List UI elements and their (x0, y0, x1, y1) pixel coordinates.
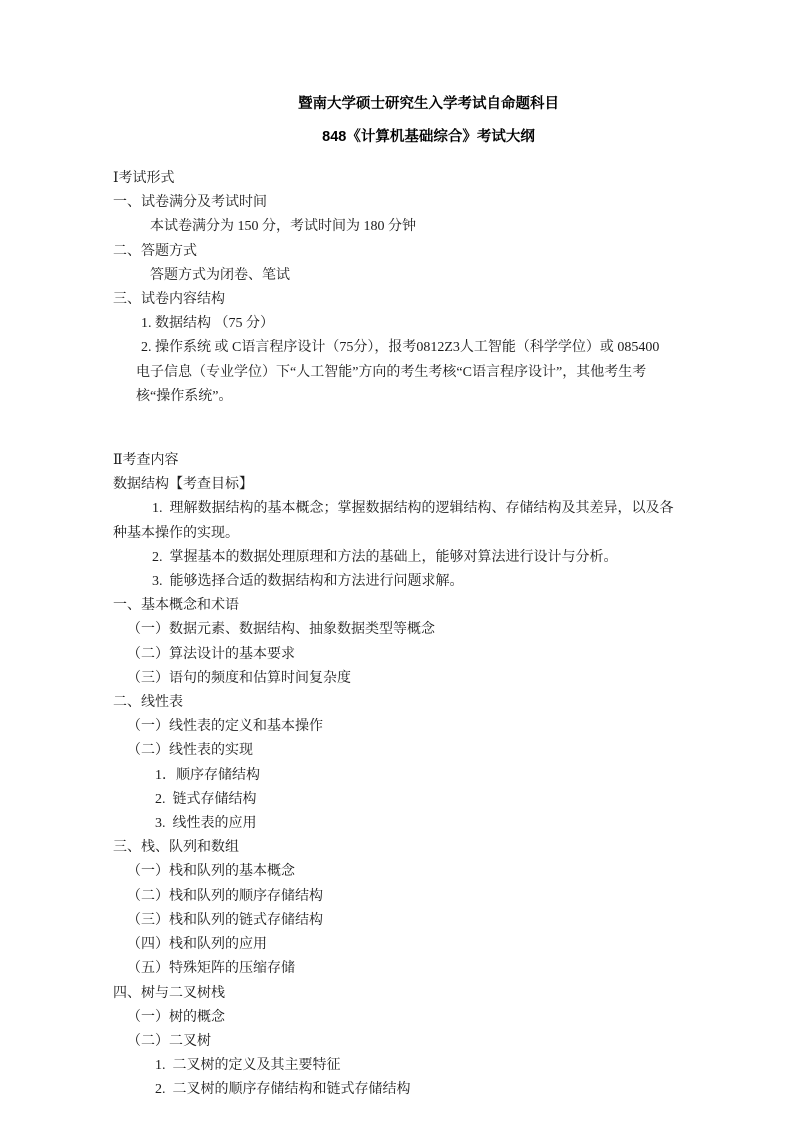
doc-line: （一）数据元素、数据结构、抽象数据类型等概念 (113, 618, 744, 642)
doc-line: 本试卷满分为 150 分，考试时间为 180 分钟 (113, 215, 744, 239)
doc-line: Ⅱ考查内容 (113, 449, 744, 473)
doc-line: 1．顺序存储结构 (113, 764, 744, 788)
doc-line: （二）算法设计的基本要求 (113, 643, 744, 667)
doc-line: 2. 链式存储结构 (113, 788, 744, 812)
doc-line: （一）线性表的定义和基本操作 (113, 715, 744, 739)
doc-line: 1. 二叉树的定义及其主要特征 (113, 1054, 744, 1078)
doc-line: 种基本操作的实现。 (113, 522, 744, 546)
document-title-block: 暨南大学硕士研究生入学考试自命题科目 848《计算机基础综合》考试大纲 (113, 88, 744, 154)
doc-line: （三）栈和队列的链式存储结构 (113, 909, 744, 933)
doc-line: 一、基本概念和术语 (113, 594, 744, 618)
doc-line: 核“操作系统”。 (113, 385, 744, 409)
doc-line: 数据结构【考查目标】 (113, 473, 744, 497)
document-page: 暨南大学硕士研究生入学考试自命题科目 848《计算机基础综合》考试大纲 Ⅰ考试形… (0, 0, 794, 1122)
doc-line: 电子信息（专业学位）下“人工智能”方向的考生考核“C语言程序设计”，其他考生考 (113, 361, 744, 385)
doc-line: （一）树的概念 (113, 1006, 744, 1030)
doc-line: （五）特殊矩阵的压缩存储 (113, 957, 744, 981)
doc-line: 三、试卷内容结构 (113, 288, 744, 312)
doc-line: （四）栈和队列的应用 (113, 933, 744, 957)
doc-line: 3. 线性表的应用 (113, 812, 744, 836)
doc-line: 1. 理解数据结构的基本概念；掌握数据结构的逻辑结构、存储结构及其差异，以及各 (113, 497, 744, 521)
document-title-line-2: 848《计算机基础综合》考试大纲 (113, 121, 744, 154)
doc-line: 2. 操作系统 或 C语言程序设计（75分），报考0812Z3人工智能（科学学位… (113, 336, 744, 360)
doc-line: 2. 二叉树的顺序存储结构和链式存储结构 (113, 1078, 744, 1102)
document-title-line-1: 暨南大学硕士研究生入学考试自命题科目 (113, 88, 744, 121)
doc-line: 一、试卷满分及考试时间 (113, 191, 744, 215)
doc-line: （三）语句的频度和估算时间复杂度 (113, 667, 744, 691)
doc-line: 答题方式为闭卷、笔试 (113, 264, 744, 288)
doc-line: Ⅰ考试形式 (113, 167, 744, 191)
doc-line: 1. 数据结构 （75 分） (113, 312, 744, 336)
doc-line: 二、答题方式 (113, 240, 744, 264)
doc-line: 2. 掌握基本的数据处理原理和方法的基础上，能够对算法进行设计与分析。 (113, 546, 744, 570)
doc-line: 二、线性表 (113, 691, 744, 715)
doc-line: （二）线性表的实现 (113, 739, 744, 763)
doc-line: 3. 能够选择合适的数据结构和方法进行问题求解。 (113, 570, 744, 594)
doc-line: 四、树与二叉树栈 (113, 982, 744, 1006)
doc-line: （一）栈和队列的基本概念 (113, 860, 744, 884)
doc-line: 三、栈、队列和数组 (113, 836, 744, 860)
document-body: Ⅰ考试形式一、试卷满分及考试时间本试卷满分为 150 分，考试时间为 180 分… (113, 167, 744, 1103)
doc-line: （二）栈和队列的顺序存储结构 (113, 885, 744, 909)
doc-line: （二）二叉树 (113, 1030, 744, 1054)
